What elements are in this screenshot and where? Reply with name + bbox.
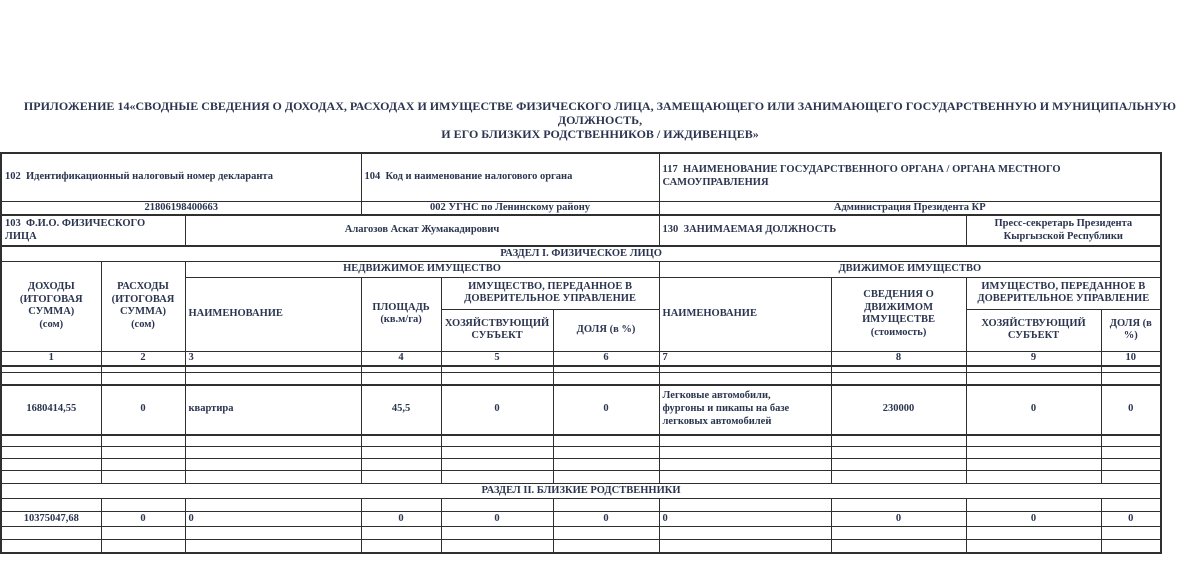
field-102-label: 102 Идентификационный налоговый номер де… <box>1 153 361 201</box>
empty-cell <box>553 373 659 385</box>
info-labels-row: 102 Идентификационный налоговый номер де… <box>1 153 1161 201</box>
empty-cell <box>1 373 101 385</box>
expense-total-value: 0 <box>101 385 185 435</box>
info-values-row: 21806198400663 002 УГНС по Ленинскому ра… <box>1 201 1161 215</box>
empty-cell <box>659 373 831 385</box>
empty-cell <box>966 435 1101 447</box>
empty-cell <box>966 471 1101 484</box>
section2-title: РАЗДЕЛ II. БЛИЗКИЕ РОДСТВЕННИКИ <box>1 484 1161 499</box>
empty-cell <box>659 527 831 540</box>
empty-cell <box>966 499 1101 512</box>
document-title-line1: ПРИЛОЖЕНИЕ 14«СВОДНЫЕ СВЕДЕНИЯ О ДОХОДАХ… <box>0 99 1200 127</box>
immovable-share-value: 0 <box>553 512 659 527</box>
empty-cell <box>185 459 361 471</box>
empty-cell <box>966 459 1101 471</box>
empty-cell <box>553 435 659 447</box>
empty-cell <box>831 366 966 373</box>
empty-cell <box>1101 435 1161 447</box>
empty-cell <box>441 540 553 553</box>
empty-cell <box>1 366 101 373</box>
empty-cell <box>659 540 831 553</box>
immovable-entity-value: 0 <box>441 385 553 435</box>
empty-cell <box>553 527 659 540</box>
empty-cell <box>1 459 101 471</box>
empty-cell <box>1101 471 1161 484</box>
empty-cell <box>101 527 185 540</box>
empty-cell <box>1101 527 1161 540</box>
empty-cell <box>185 540 361 553</box>
empty-cell <box>441 373 553 385</box>
empty-row <box>1 540 1161 553</box>
column-number: 7 <box>659 351 831 365</box>
empty-cell <box>1 471 101 484</box>
col-header-share-movable: ДОЛЯ (в %) <box>1101 309 1161 351</box>
empty-cell <box>361 373 441 385</box>
empty-cell <box>1 435 101 447</box>
field-130-value: Пресс-секретарь Президента Кыргызской Ре… <box>966 215 1161 246</box>
empty-cell <box>361 366 441 373</box>
empty-cell <box>101 366 185 373</box>
immovable-name-value: квартира <box>185 385 361 435</box>
empty-cell <box>185 447 361 459</box>
empty-row <box>1 471 1161 484</box>
col-header-name-immovable: НАИМЕНОВАНИЕ <box>185 277 361 351</box>
relatives-data-row: 10375047,68 0 0 0 0 0 0 0 0 0 <box>1 512 1161 527</box>
column-number: 2 <box>101 351 185 365</box>
section2-row: РАЗДЕЛ II. БЛИЗКИЕ РОДСТВЕННИКИ <box>1 484 1161 499</box>
empty-cell <box>441 447 553 459</box>
empty-cell <box>659 499 831 512</box>
income-total-value: 1680414,55 <box>1 385 101 435</box>
empty-cell <box>185 471 361 484</box>
empty-cell <box>101 540 185 553</box>
movable-share-value: 0 <box>1101 512 1161 527</box>
movable-entity-value: 0 <box>966 512 1101 527</box>
immovable-area-value: 45,5 <box>361 385 441 435</box>
column-number: 9 <box>966 351 1101 365</box>
empty-cell <box>553 459 659 471</box>
empty-cell <box>101 435 185 447</box>
col-header-entity-movable: ХОЗЯЙСТВУЮЩИЙ СУБЪЕКТ <box>966 309 1101 351</box>
document-title-line2: И ЕГО БЛИЗКИХ РОДСТВЕННИКОВ / ИЖДИВЕНЦЕВ… <box>0 127 1200 141</box>
empty-cell <box>831 447 966 459</box>
empty-cell <box>361 435 441 447</box>
movable-name-value: Легковые автомобили, фургоны и пикапы на… <box>659 385 831 435</box>
movable-name-value: 0 <box>659 512 831 527</box>
empty-cell <box>966 373 1101 385</box>
empty-cell <box>361 527 441 540</box>
empty-cell <box>101 373 185 385</box>
immovable-share-value: 0 <box>553 385 659 435</box>
empty-cell <box>1101 366 1161 373</box>
empty-cell <box>659 366 831 373</box>
empty-cell <box>831 499 966 512</box>
person-row: 103 Ф.И.О. ФИЗИЧЕСКОГО ЛИЦА Алагозов Аск… <box>1 215 1161 246</box>
group-header-row: ДОХОДЫ (ИТОГОВАЯ СУММА) (сом) РАСХОДЫ (И… <box>1 261 1161 277</box>
empty-cell <box>1 447 101 459</box>
immovable-name-value: 0 <box>185 512 361 527</box>
empty-cell <box>831 540 966 553</box>
col-header-share-immovable: ДОЛЯ (в %) <box>553 309 659 351</box>
empty-cell <box>553 447 659 459</box>
field-104-label: 104 Код и наименование налогового органа <box>361 153 659 201</box>
empty-cell <box>1 527 101 540</box>
empty-row <box>1 435 1161 447</box>
document-title: ПРИЛОЖЕНИЕ 14«СВОДНЫЕ СВЕДЕНИЯ О ДОХОДАХ… <box>0 99 1200 141</box>
empty-cell <box>101 499 185 512</box>
empty-cell <box>831 459 966 471</box>
col-group-immovable: НЕДВИЖИМОЕ ИМУЩЕСТВО <box>185 261 659 277</box>
empty-cell <box>361 540 441 553</box>
empty-cell <box>1101 447 1161 459</box>
field-103-value: Алагозов Аскат Жумакадирович <box>185 215 659 246</box>
empty-cell <box>361 447 441 459</box>
col-header-incomes: ДОХОДЫ (ИТОГОВАЯ СУММА) (сом) <box>1 261 101 351</box>
col-header-movable-value: СВЕДЕНИЯ О ДВИЖИМОМ ИМУЩЕСТВЕ (стоимость… <box>831 277 966 351</box>
column-numbers-row: 1 2 3 4 5 6 7 8 9 10 <box>1 351 1161 365</box>
empty-cell <box>185 527 361 540</box>
empty-cell <box>441 471 553 484</box>
empty-cell <box>831 471 966 484</box>
section1-title: РАЗДЕЛ I. ФИЗИЧЕСКОЕ ЛИЦО <box>1 246 1161 261</box>
empty-cell <box>966 527 1101 540</box>
empty-cell <box>1 499 101 512</box>
empty-cell <box>1101 540 1161 553</box>
empty-cell <box>361 471 441 484</box>
empty-cell <box>441 499 553 512</box>
empty-cell <box>659 459 831 471</box>
declaration-table: 102 Идентификационный налоговый номер де… <box>0 152 1162 554</box>
empty-cell <box>553 471 659 484</box>
empty-cell <box>966 540 1101 553</box>
empty-row <box>1 459 1161 471</box>
movable-entity-value: 0 <box>966 385 1101 435</box>
col-header-name-movable: НАИМЕНОВАНИЕ <box>659 277 831 351</box>
col-header-entity-immovable: ХОЗЯЙСТВУЮЩИЙ СУБЪЕКТ <box>441 309 553 351</box>
empty-cell <box>1101 459 1161 471</box>
empty-cell <box>831 527 966 540</box>
immovable-entity-value: 0 <box>441 512 553 527</box>
expense-total-value: 0 <box>101 512 185 527</box>
empty-cell <box>659 447 831 459</box>
empty-cell <box>1101 499 1161 512</box>
empty-row <box>1 527 1161 540</box>
empty-cell <box>361 499 441 512</box>
empty-cell <box>966 366 1101 373</box>
column-number: 5 <box>441 351 553 365</box>
physical-person-data-row: 1680414,55 0 квартира 45,5 0 0 Легковые … <box>1 385 1161 435</box>
empty-cell <box>553 540 659 553</box>
empty-cell <box>101 459 185 471</box>
empty-cell <box>101 447 185 459</box>
empty-cell <box>441 366 553 373</box>
empty-cell <box>659 435 831 447</box>
empty-cell <box>553 366 659 373</box>
field-117-value: Администрация Президента КР <box>659 201 1161 215</box>
empty-row <box>1 373 1161 385</box>
empty-cell <box>185 366 361 373</box>
empty-cell <box>659 471 831 484</box>
col-header-expenses: РАСХОДЫ (ИТОГОВАЯ СУММА) (сом) <box>101 261 185 351</box>
column-number: 3 <box>185 351 361 365</box>
empty-cell <box>831 373 966 385</box>
empty-cell <box>966 447 1101 459</box>
empty-row <box>1 499 1161 512</box>
col-header-area: ПЛОЩАДЬ (кв.м/га) <box>361 277 441 351</box>
empty-cell <box>1101 373 1161 385</box>
empty-cell <box>185 373 361 385</box>
column-number: 4 <box>361 351 441 365</box>
field-104-value: 002 УГНС по Ленинскому району <box>361 201 659 215</box>
empty-cell <box>185 499 361 512</box>
movable-cost-value: 230000 <box>831 385 966 435</box>
section1-row: РАЗДЕЛ I. ФИЗИЧЕСКОЕ ЛИЦО <box>1 246 1161 261</box>
col-group-movable: ДВИЖИМОЕ ИМУЩЕСТВО <box>659 261 1161 277</box>
income-total-value: 10375047,68 <box>1 512 101 527</box>
column-number: 8 <box>831 351 966 365</box>
empty-cell <box>441 435 553 447</box>
movable-cost-value: 0 <box>831 512 966 527</box>
col-header-trust-immovable: ИМУЩЕСТВО, ПЕРЕДАННОЕ В ДОВЕРИТЕЛЬНОЕ УП… <box>441 277 659 309</box>
empty-cell <box>361 459 441 471</box>
declaration-document: ПРИЛОЖЕНИЕ 14«СВОДНЫЕ СВЕДЕНИЯ О ДОХОДАХ… <box>0 0 1200 563</box>
empty-row <box>1 366 1161 373</box>
empty-row <box>1 447 1161 459</box>
field-103-label: 103 Ф.И.О. ФИЗИЧЕСКОГО ЛИЦА <box>1 215 185 246</box>
column-number: 10 <box>1101 351 1161 365</box>
empty-cell <box>553 499 659 512</box>
col-header-trust-movable: ИМУЩЕСТВО, ПЕРЕДАННОЕ В ДОВЕРИТЕЛЬНОЕ УП… <box>966 277 1161 309</box>
field-117-label: 117 НАИМЕНОВАНИЕ ГОСУДАРСТВЕННОГО ОРГАНА… <box>659 153 1161 201</box>
field-130-label: 130 ЗАНИМАЕМАЯ ДОЛЖНОСТЬ <box>659 215 966 246</box>
column-number: 6 <box>553 351 659 365</box>
empty-cell <box>441 459 553 471</box>
empty-cell <box>185 435 361 447</box>
empty-cell <box>441 527 553 540</box>
immovable-area-value: 0 <box>361 512 441 527</box>
empty-cell <box>1 540 101 553</box>
empty-cell <box>831 435 966 447</box>
movable-share-value: 0 <box>1101 385 1161 435</box>
empty-cell <box>101 471 185 484</box>
column-number: 1 <box>1 351 101 365</box>
field-102-value: 21806198400663 <box>1 201 361 215</box>
